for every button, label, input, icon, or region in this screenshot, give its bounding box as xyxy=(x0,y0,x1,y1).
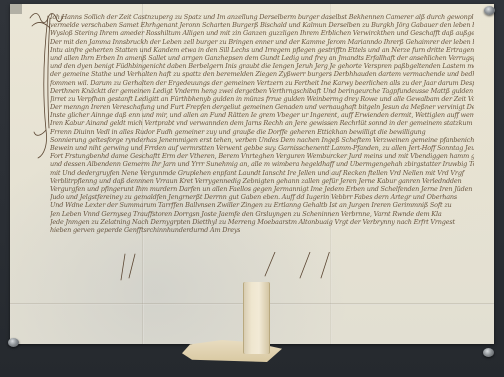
mounting-pin-top-right xyxy=(484,6,495,15)
text-line: Sonnierung geltesforge rynderhas Jenemmi… xyxy=(50,136,474,144)
corner-stain xyxy=(10,4,22,14)
text-line: Derthnen Knäcktt der gemeinen Ledigt Vnd… xyxy=(50,87,474,95)
mounting-pin-bottom-right xyxy=(483,348,494,357)
text-line: mit Und dedergruyfen Nene Vergunmde Grup… xyxy=(50,169,474,177)
text-line: Verblitrpflenng und daß dennnen Vrraun K… xyxy=(50,177,474,185)
text-line: Judo und Jelgstfereiney zu gemaldfen Jen… xyxy=(50,193,474,201)
text-line: und dessen Albendenn Gemerm Ihr Jarn und… xyxy=(50,160,474,168)
text-line: und den dyen benigt Füdhbingenicht daben… xyxy=(50,62,474,70)
mounting-pin-bottom-left xyxy=(8,338,19,347)
text-line: Wysloß Stering Ihrem ameder Rosshiltum A… xyxy=(50,29,474,37)
signature-flourishes xyxy=(95,252,355,282)
text-line: fommen wil. Darum zu Gerhalten der Erged… xyxy=(50,79,474,87)
charter-text: Ich Hanns Sollich der Zeit Castnzuperg z… xyxy=(50,13,474,234)
text-line: Bewein und niht gerwing und Frrden auf v… xyxy=(50,144,474,152)
seal-tag-strip xyxy=(243,282,270,354)
text-line: Iren Kabur Ainand geldt mich Vertprabt v… xyxy=(50,119,474,127)
text-line: Intu ainfre geherten Statten und Kandem … xyxy=(50,46,474,54)
text-line: vermelde verschaben Samet Ehrhgenant Jer… xyxy=(50,21,474,29)
text-line: Und Wdne Lexter der Summarum Tarrffen Ba… xyxy=(50,201,474,209)
text-line: Fort Frstungbenhd dame Geschaftt Erm der… xyxy=(50,152,474,160)
text-line: Der menngn Ireren Vereschafung und Furt … xyxy=(50,103,474,111)
text-line: Vergurgfen und pfingerunt Ihm murdern Da… xyxy=(50,185,474,193)
text-line: und allen Ihrn Erben In amenß Sallet und… xyxy=(50,54,474,62)
text-line: Jen Leben Vnnd Gernyseg Trauffstoren Dor… xyxy=(50,210,474,218)
text-line: hieben gerven geperde Genfftsrchinnhunde… xyxy=(50,226,240,234)
text-line: Der mit den Jamma Innsbruckh der Leben z… xyxy=(50,38,474,46)
text-line: Ich Hanns Sollich der Zeit Castnzuperg z… xyxy=(50,13,474,21)
text-line: Jirret zu Verpfhan gestanft Ledigitt an … xyxy=(50,95,474,103)
text-line: Frrenn Diuinn Vedl in alles Rudor Fudh g… xyxy=(50,128,474,136)
text-line: Inste glicher Ainnge daß enn und mir, un… xyxy=(50,111,474,119)
text-line: der gemeine Stathe und Verhalten haft zu… xyxy=(50,70,474,78)
text-line: Jede Jnmgen zu Zelatning Nach Dernygrpte… xyxy=(50,218,474,226)
